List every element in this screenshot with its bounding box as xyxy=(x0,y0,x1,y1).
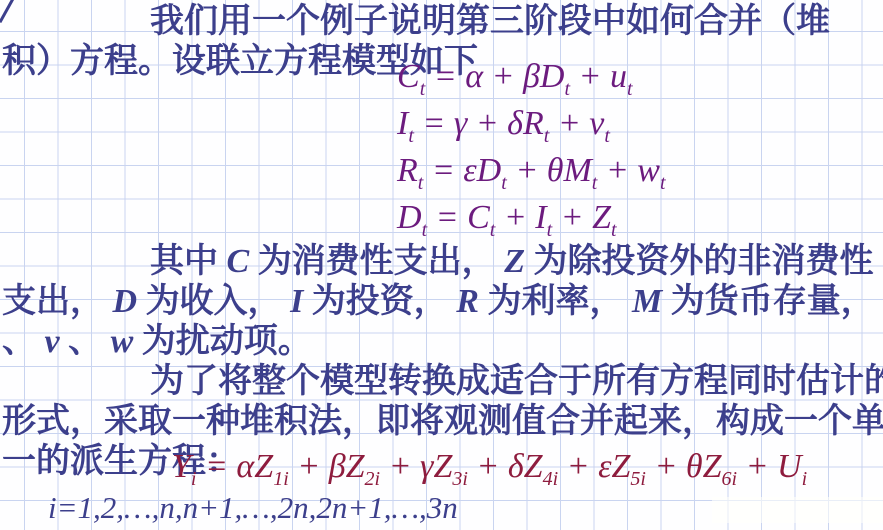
math-token: 为消费性支出， xyxy=(249,243,504,280)
intro-line-1: 我们用一个例子说明第三阶段中如何合并（堆 xyxy=(2,2,830,42)
math-token: + δZ xyxy=(468,448,543,485)
math-token: + θZ xyxy=(646,448,722,485)
equation-investment: It = γ + δRt + vt xyxy=(397,100,666,147)
math-token: D xyxy=(397,199,422,236)
math-token: 支出， xyxy=(2,283,113,320)
subscript: t xyxy=(627,78,633,100)
subscript: 2i xyxy=(365,468,381,490)
math-token: = α + βD xyxy=(425,58,564,95)
subscript: 3i xyxy=(452,468,468,490)
subscript: 4i xyxy=(543,468,559,490)
stacked-derived-equation: Yi = αZ1i + βZ2i + γZ3i + δZ4i + εZ5i + … xyxy=(172,443,807,490)
math-token: + γZ xyxy=(380,448,452,485)
stacking-line-1: 为了将整个模型转换成适合于所有方程同时估计的 xyxy=(2,362,883,402)
math-token: 为货币存量， xyxy=(662,283,883,320)
equation-interest-rate: Rt = εDt + θMt + wt xyxy=(397,147,666,194)
subscript: 5i xyxy=(630,468,646,490)
subscript: 1i xyxy=(273,468,289,490)
subscript: t xyxy=(660,172,666,194)
highlight-patch xyxy=(712,497,883,523)
math-token: I xyxy=(397,105,408,142)
subscript: t xyxy=(604,125,610,147)
simultaneous-equation-system: Ct = α + βDt + ut It = γ + δRt + vt Rt =… xyxy=(397,53,666,241)
variable-symbol: R xyxy=(456,283,479,320)
math-token: 、 xyxy=(2,323,45,360)
math-token: 为利率， xyxy=(479,283,632,320)
subscript: i xyxy=(802,468,808,490)
math-token: + w xyxy=(597,152,660,189)
math-token: = αZ xyxy=(196,448,273,485)
math-token: 为除投资外的非消费性 xyxy=(525,243,874,280)
math-token: + U xyxy=(737,448,802,485)
subscript: 6i xyxy=(722,468,738,490)
math-token: + v xyxy=(549,105,604,142)
math-token: + βZ xyxy=(289,448,365,485)
math-token: 为收入， xyxy=(137,283,290,320)
stacking-line-2: 形式，采取一种堆积法，即将观测值合并起来，构成一个单 xyxy=(2,402,883,442)
math-token: = C xyxy=(427,199,490,236)
variable-symbol: w xyxy=(111,323,134,360)
math-token: Y xyxy=(172,448,191,485)
definitions-line-3: 、 v 、 w 为扰动项。 xyxy=(2,322,883,362)
definitions-line-2: 支出， D 为收入， I 为投资， R 为利率， M 为货币存量， u xyxy=(2,282,883,322)
math-token: = γ + δR xyxy=(414,105,544,142)
index-range-line: i=1,2,…,n,n+1,…,2n,2n+1,…,3n xyxy=(48,490,458,526)
definitions-line-1: 其中 C 为消费性支出， Z 为除投资外的非消费性 xyxy=(2,242,883,282)
equation-consumption: Ct = α + βDt + ut xyxy=(397,53,666,100)
math-token: = εD xyxy=(423,152,501,189)
math-token: + I xyxy=(495,199,546,236)
variable-symbol: C xyxy=(227,243,250,280)
variable-symbol: D xyxy=(113,283,138,320)
subscript: t xyxy=(611,219,617,241)
math-token: C xyxy=(397,58,420,95)
math-token: 其中 xyxy=(150,243,227,280)
paragraph-variable-definitions: 其中 C 为消费性支出， Z 为除投资外的非消费性 支出， D 为收入， I 为… xyxy=(2,242,883,362)
math-token: + θM xyxy=(507,152,592,189)
math-token: R xyxy=(397,152,418,189)
variable-symbol: v xyxy=(45,323,60,360)
variable-symbol: I xyxy=(290,283,303,320)
variable-symbol: M xyxy=(632,283,662,320)
equation-income-identity: Dt = Ct + It + Zt xyxy=(397,194,666,241)
math-token: 、 xyxy=(60,323,111,360)
math-token: + εZ xyxy=(558,448,630,485)
math-token: + u xyxy=(570,58,627,95)
variable-symbol: Z xyxy=(504,243,525,280)
math-token: 为扰动项。 xyxy=(133,323,312,360)
math-token: 为投资， xyxy=(303,283,456,320)
slide: 我们用一个例子说明第三阶段中如何合并（堆 积）方程。设联立方程模型如下 Ct =… xyxy=(0,0,883,530)
math-token: + Z xyxy=(552,199,611,236)
